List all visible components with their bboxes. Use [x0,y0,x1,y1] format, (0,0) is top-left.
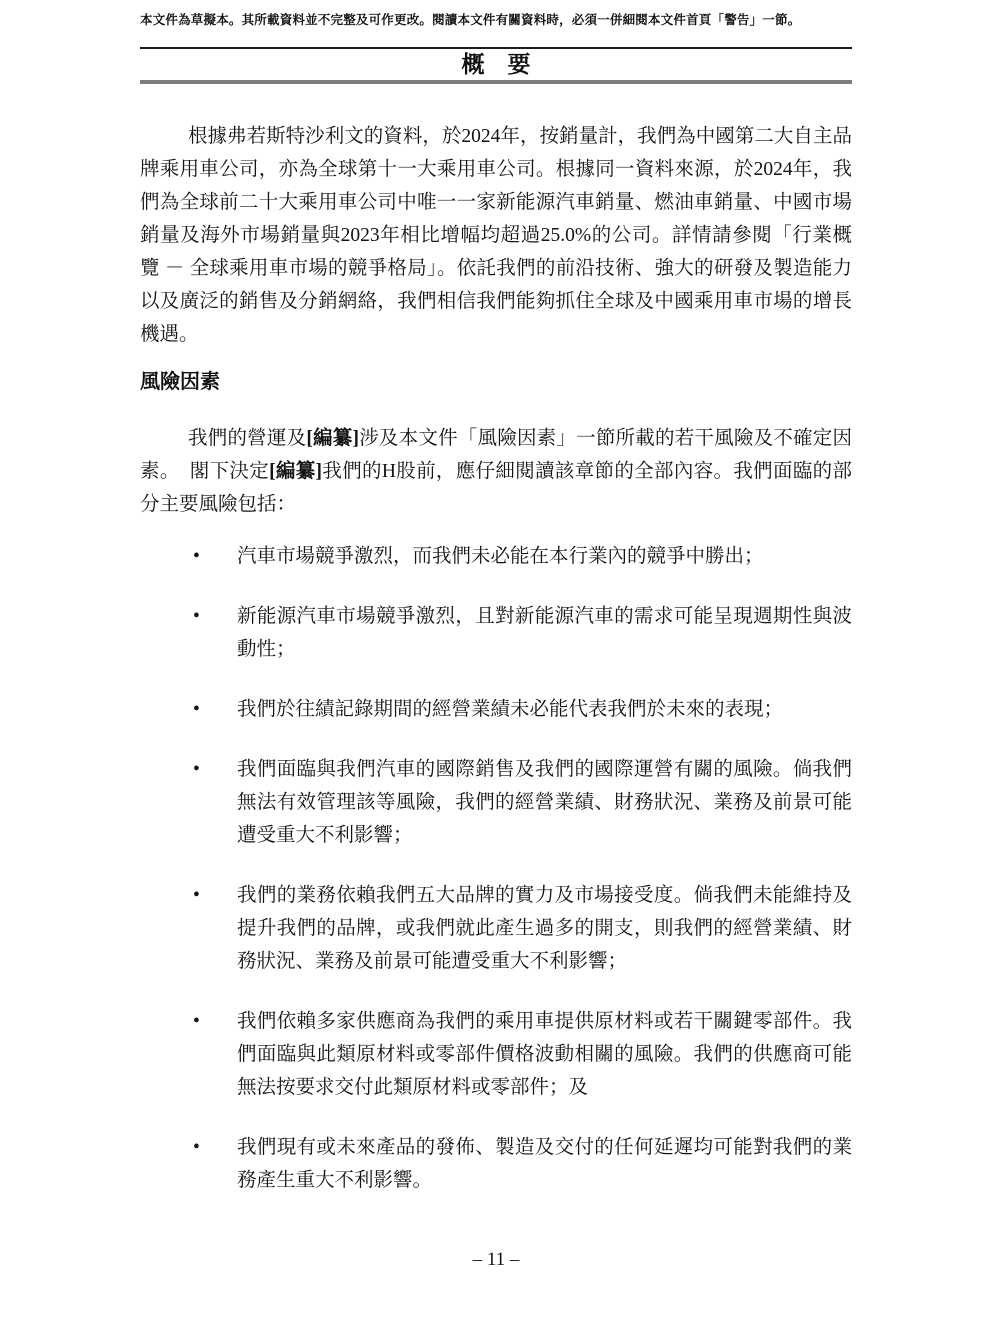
risk-intro-paragraph: 我們的營運及[編纂]涉及本文件「風險因素」一節所載的若干風險及不確定因素。 閣下… [140,422,852,521]
risk-bullet-item-1: • 汽車市場競爭激烈，而我們未必能在本行業內的競爭中勝出； [140,540,852,573]
summary-intro-paragraph: 根據弗若斯特沙利文的資料，於2024年，按銷量計，我們為中國第二大自主品牌乘用車… [140,120,852,351]
risk-bullet-text: 汽車市場競爭激烈，而我們未必能在本行業內的競爭中勝出； [237,540,852,573]
page-title: 概 要 [140,51,852,78]
title-rule-bottom [140,80,852,84]
risk-bullet-text: 我們現有或未來產品的發佈、製造及交付的任何延遲均可能對我們的業務產生重大不利影響… [237,1131,852,1197]
bullet-icon: • [193,693,237,726]
bullet-icon: • [193,879,237,912]
risk-bullet-item-5: • 我們的業務依賴我們五大品牌的實力及市場接受度。倘我們未能維持及提升我們的品牌… [140,879,852,978]
bullet-icon: • [193,600,237,633]
risk-bullet-item-6: • 我們依賴多家供應商為我們的乘用車提供原材料或若干關鍵零部件。我們面臨與此類原… [140,1005,852,1104]
risk-bullet-text: 我們依賴多家供應商為我們的乘用車提供原材料或若干關鍵零部件。我們面臨與此類原材料… [237,1005,852,1104]
risk-bullet-item-4: • 我們面臨與我們汽車的國際銷售及我們的國際運營有關的風險。倘我們無法有效管理該… [140,753,852,852]
risk-bullet-text: 新能源汽車市場競爭激烈，且對新能源汽車的需求可能呈現週期性與波動性； [237,600,852,666]
risk-factors-heading: 風險因素 [140,366,852,399]
draft-disclaimer: 本文件為草擬本。其所載資料並不完整及可作更改。閱讀本文件有關資料時，必須一併細閱… [140,0,852,28]
bullet-icon: • [193,1005,237,1038]
risk-bullet-text: 我們面臨與我們汽車的國際銷售及我們的國際運營有關的風險。倘我們無法有效管理該等風… [237,753,852,852]
risk-bullet-list: • 汽車市場競爭激烈，而我們未必能在本行業內的競爭中勝出； • 新能源汽車市場競… [140,540,852,1197]
bullet-icon: • [193,753,237,786]
document-page: 本文件為草擬本。其所載資料並不完整及可作更改。閱讀本文件有關資料時，必須一併細閱… [0,0,992,1323]
bullet-icon: • [193,540,237,573]
risk-bullet-text: 我們於往績記錄期間的經營業績未必能代表我們於未來的表現； [237,693,852,726]
risk-bullet-item-3: • 我們於往績記錄期間的經營業績未必能代表我們於未來的表現； [140,693,852,726]
page-number: – 11 – [140,1249,852,1271]
risk-bullet-text: 我們的業務依賴我們五大品牌的實力及市場接受度。倘我們未能維持及提升我們的品牌，或… [237,879,852,978]
bullet-icon: • [193,1131,237,1164]
risk-bullet-item-7: • 我們現有或未來產品的發佈、製造及交付的任何延遲均可能對我們的業務產生重大不利… [140,1131,852,1197]
title-rule-top [140,47,852,49]
risk-bullet-item-2: • 新能源汽車市場競爭激烈，且對新能源汽車的需求可能呈現週期性與波動性； [140,600,852,666]
